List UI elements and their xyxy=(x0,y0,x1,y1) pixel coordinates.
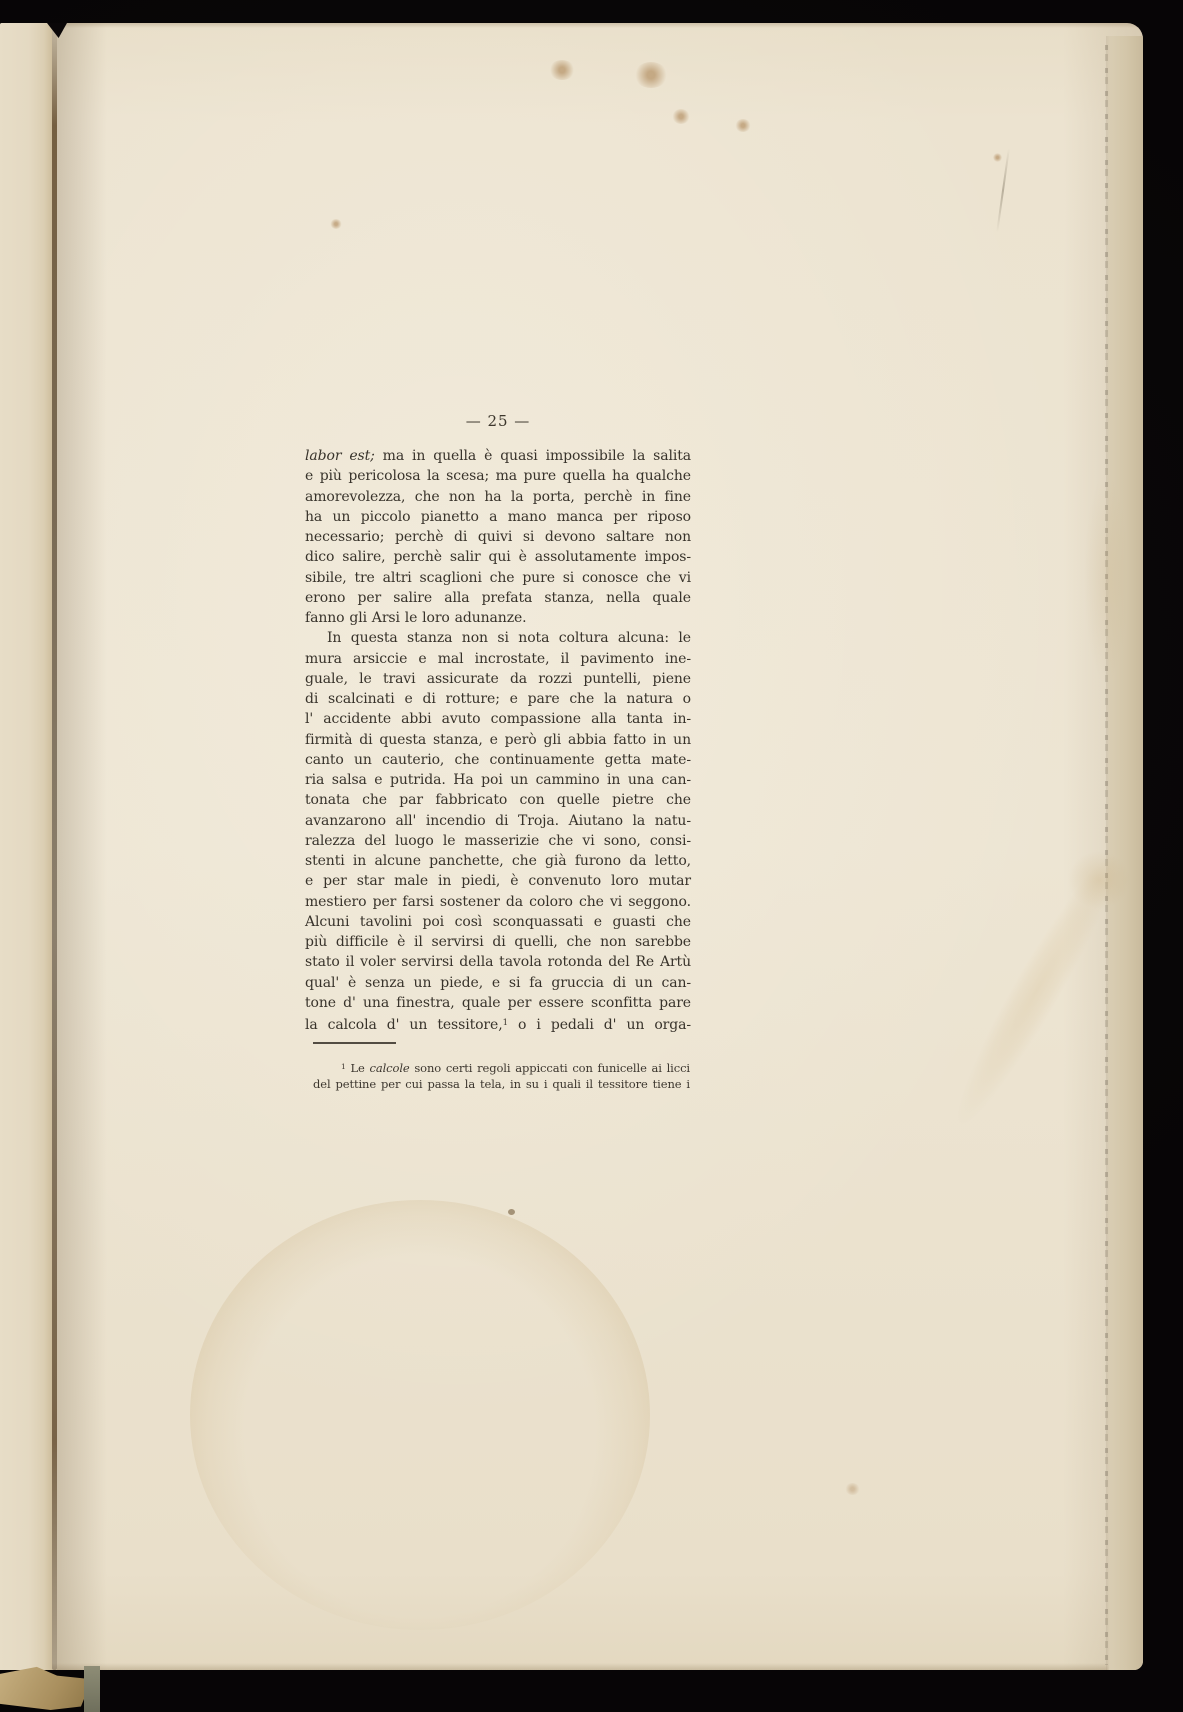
text-segment: la calcola d' un tessitore, xyxy=(305,1017,503,1033)
scanned-book-photo: — 25 — labor est; ma in quella è quasi i… xyxy=(0,0,1183,1712)
text-segment: ha un piccolo pianetto a mano manca per … xyxy=(305,509,691,525)
footnote: 1 Le calcole sono certi regoli appiccati… xyxy=(313,1059,690,1093)
body-text-line: In questa stanza non si nota coltura alc… xyxy=(305,628,691,648)
book-page: — 25 — labor est; ma in quella è quasi i… xyxy=(0,23,1143,1670)
text-segment: ralezza del luogo le masserizie che vi s… xyxy=(305,833,691,849)
hairline-mark xyxy=(996,148,1010,232)
body-text-line: e per star male in piedi, è convenuto lo… xyxy=(305,871,691,891)
text-segment: del pettine per cui passa la tela, in su… xyxy=(313,1077,690,1091)
foxing-spot xyxy=(330,219,342,229)
text-segment: labor est; xyxy=(305,448,375,464)
body-text-line: labor est; ma in quella è quasi impossib… xyxy=(305,446,691,466)
ink-speck xyxy=(508,1209,515,1215)
body-text-line: ha un piccolo pianetto a mano manca per … xyxy=(305,507,691,527)
text-segment: sono certi regoli appiccati con funicell… xyxy=(410,1061,690,1075)
text-segment: Le xyxy=(346,1061,370,1075)
foxing-spot xyxy=(634,62,668,88)
body-text-line: stenti in alcune panchette, che già furo… xyxy=(305,851,691,871)
text-segment: necessario; perchè di quivi si devono sa… xyxy=(305,529,691,545)
text-segment: stato il voler servirsi della tavola rot… xyxy=(305,954,691,970)
body-text-line: erono per salire alla prefata stanza, ne… xyxy=(305,588,691,608)
text-segment: sibile, tre altri scaglioni che pure si … xyxy=(305,570,691,586)
text-segment: In questa stanza non si nota coltura alc… xyxy=(327,630,691,646)
text-segment: tonata che par fabbricato con quelle pie… xyxy=(305,792,691,808)
foxing-spot xyxy=(549,60,575,80)
body-text-line: necessario; perchè di quivi si devono sa… xyxy=(305,527,691,547)
body-text-line: Alcuni tavolini poi così sconquassati e … xyxy=(305,912,691,932)
body-text-line: sibile, tre altri scaglioni che pure si … xyxy=(305,568,691,588)
text-segment: tone d' una finestra, quale per essere s… xyxy=(305,995,691,1011)
footnote-line: 1 Le calcole sono certi regoli appiccati… xyxy=(313,1059,690,1077)
text-segment: dico salire, perchè salir qui è assoluta… xyxy=(305,549,691,565)
body-text-line: tonata che par fabbricato con quelle pie… xyxy=(305,790,691,810)
body-text-line: amorevolezza, che non ha la porta, perch… xyxy=(305,487,691,507)
text-segment: mestiero per farsi sostener da coloro ch… xyxy=(305,894,691,910)
footnote-line: del pettine per cui passa la tela, in su… xyxy=(313,1077,690,1093)
text-segment: più difficile è il servirsi di quelli, c… xyxy=(305,934,691,950)
foxing-spot xyxy=(993,153,1002,162)
body-text-line: ria salsa e putrida. Ha poi un cammino i… xyxy=(305,770,691,790)
body-text-line: di scalcinati e di rotture; e pare che l… xyxy=(305,689,691,709)
text-column: — 25 — labor est; ma in quella è quasi i… xyxy=(305,412,691,1035)
paragraph-1: labor est; ma in quella è quasi impossib… xyxy=(305,446,691,628)
fore-edge-pages xyxy=(1106,36,1143,1670)
body-text-line: la calcola d' un tessitore,1 o i pedali … xyxy=(305,1013,691,1035)
body-text-line: dico salire, perchè salir qui è assoluta… xyxy=(305,547,691,567)
body-text-line: mestiero per farsi sostener da coloro ch… xyxy=(305,892,691,912)
body-text-line: mura arsiccie e mal incrostate, il pavim… xyxy=(305,649,691,669)
text-segment: ma in quella è quasi impossibile la sali… xyxy=(375,448,691,464)
text-segment: ria salsa e putrida. Ha poi un cammino i… xyxy=(305,772,691,788)
text-segment: avanzarono all' incendio di Troja. Aiuta… xyxy=(305,813,691,829)
text-segment: fanno gli Arsi le loro adunanze. xyxy=(305,610,527,626)
body-text-line: canto un cauterio, che continuamente get… xyxy=(305,750,691,770)
text-segment: Alcuni tavolini poi così sconquassati e … xyxy=(305,914,691,930)
body-text-line: avanzarono all' incendio di Troja. Aiuta… xyxy=(305,811,691,831)
text-segment: mura arsiccie e mal incrostate, il pavim… xyxy=(305,651,691,667)
body-text-line: l' accidente abbi avuto compassione alla… xyxy=(305,709,691,729)
page-number: — 25 — xyxy=(305,412,691,430)
body-text-line: ralezza del luogo le masserizie che vi s… xyxy=(305,831,691,851)
text-segment: stenti in alcune panchette, che già furo… xyxy=(305,853,691,869)
text-segment: calcole xyxy=(370,1061,410,1075)
gutter-crease-shadow xyxy=(57,23,107,1670)
body-text-line: fanno gli Arsi le loro adunanze. xyxy=(305,608,691,628)
text-segment: qual' è senza un piede, e si fa gruccia … xyxy=(305,975,691,991)
paragraph-2: In questa stanza non si nota coltura alc… xyxy=(305,628,691,1035)
binding-fragment-tan xyxy=(0,1666,92,1710)
text-segment: e più pericolosa la scesa; ma pure quell… xyxy=(305,468,691,484)
body-text-line: e più pericolosa la scesa; ma pure quell… xyxy=(305,466,691,486)
body-text-line: tone d' una finestra, quale per essere s… xyxy=(305,993,691,1013)
body-text-line: più difficile è il servirsi di quelli, c… xyxy=(305,932,691,952)
water-stain-ring xyxy=(190,1200,650,1630)
text-segment: canto un cauterio, che continuamente get… xyxy=(305,752,691,768)
foxing-spot xyxy=(735,119,751,132)
text-segment: di scalcinati e di rotture; e pare che l… xyxy=(305,691,691,707)
text-segment: o i pedali d' un orga- xyxy=(508,1017,691,1033)
text-segment: erono per salire alla prefata stanza, ne… xyxy=(305,590,691,606)
footnote-rule xyxy=(313,1042,396,1044)
gutter-shading xyxy=(0,23,52,1670)
text-segment: e per star male in piedi, è convenuto lo… xyxy=(305,873,691,889)
foxing-spot xyxy=(672,109,690,124)
text-segment: l' accidente abbi avuto compassione alla… xyxy=(305,711,691,727)
foxing-spot xyxy=(845,1483,860,1495)
binding-fragment-green xyxy=(84,1666,100,1712)
body-text-line: guale, le travi assicurate da rozzi punt… xyxy=(305,669,691,689)
text-segment: guale, le travi assicurate da rozzi punt… xyxy=(305,671,691,687)
text-segment: amorevolezza, che non ha la porta, perch… xyxy=(305,489,691,505)
text-segment: firmità di questa stanza, e però gli abb… xyxy=(305,732,691,748)
body-text-line: stato il voler servirsi della tavola rot… xyxy=(305,952,691,972)
body-text-line: firmità di questa stanza, e però gli abb… xyxy=(305,730,691,750)
page-edge-line xyxy=(1105,45,1108,1665)
body-text-line: qual' è senza un piede, e si fa gruccia … xyxy=(305,973,691,993)
